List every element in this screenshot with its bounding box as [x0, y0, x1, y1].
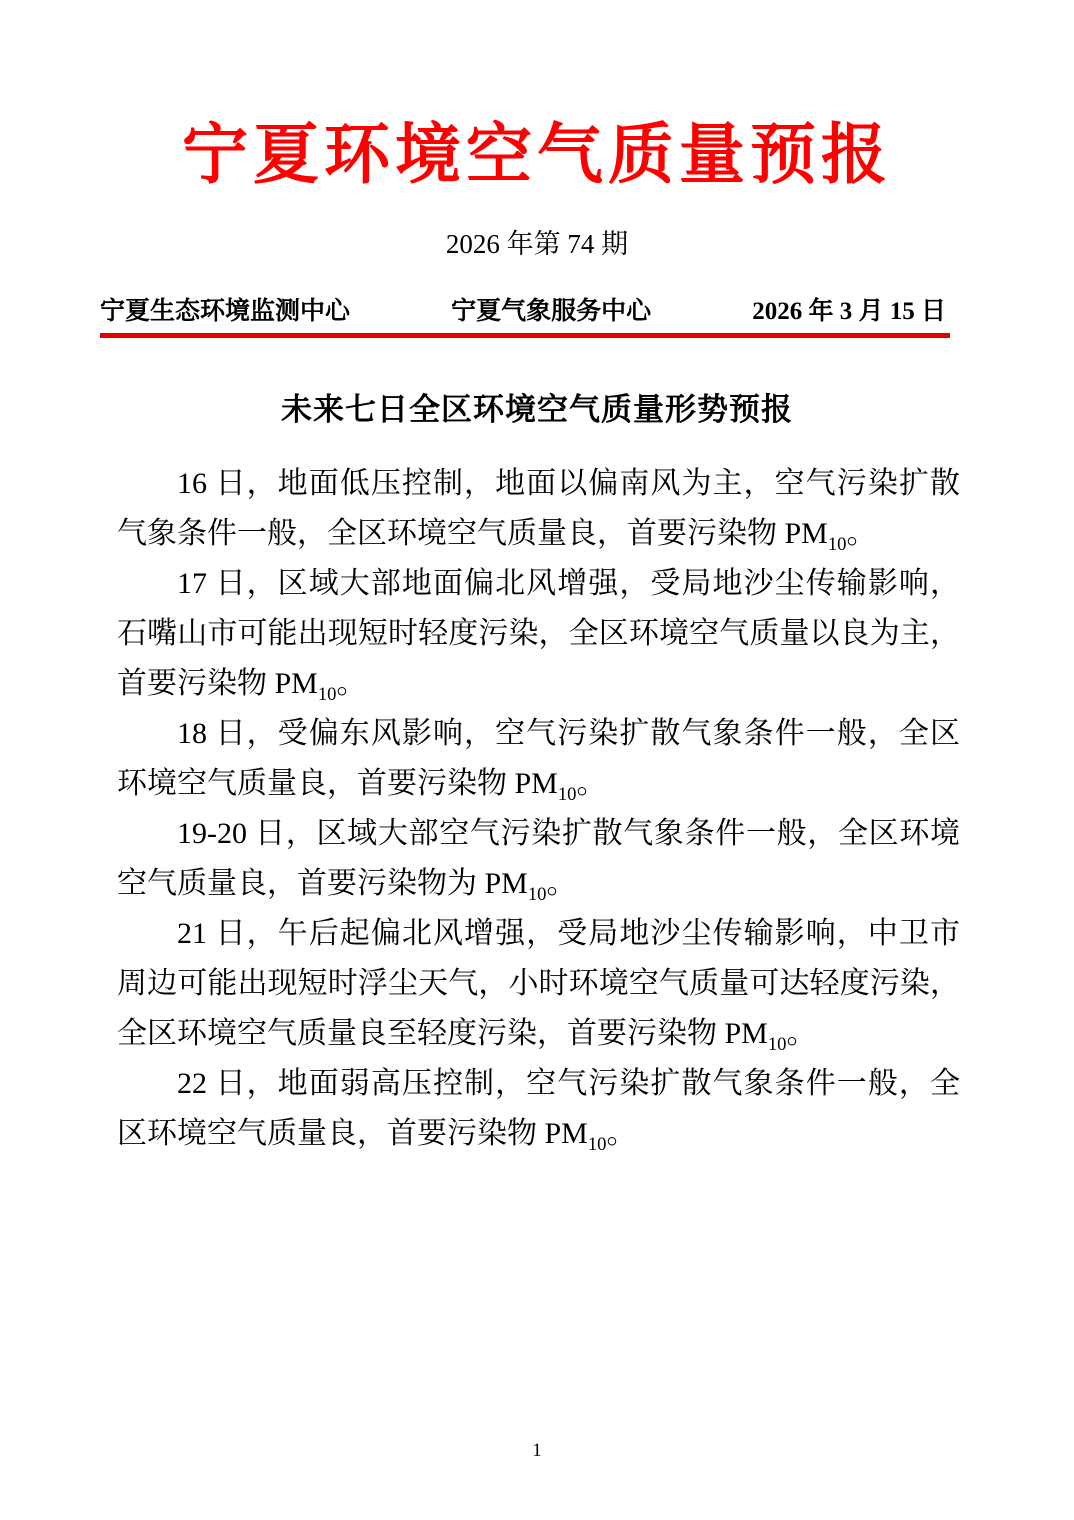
- forecast-paragraph: 19-20 日，区域大部空气污染扩散气象条件一般，全区环境空气质量良，首要污染物…: [117, 809, 960, 909]
- forecast-paragraph: 21 日，午后起偏北风增强，受局地沙尘传输影响，中卫市周边可能出现短时浮尘天气，…: [117, 909, 960, 1059]
- org-monitoring-center: 宁夏生态环境监测中心: [100, 291, 350, 327]
- forecast-paragraph: 22 日，地面弱高压控制，空气污染扩散气象条件一般，全区环境空气质量良，首要污染…: [117, 1059, 960, 1159]
- section-title: 未来七日全区环境空气质量形势预报: [0, 384, 1074, 429]
- org-meteorological-center: 宁夏气象服务中心: [451, 291, 651, 327]
- document-title: 宁夏环境空气质量预报: [0, 118, 1074, 194]
- forecast-paragraph: 18 日，受偏东风影响，空气污染扩散气象条件一般，全区环境空气质量良，首要污染物…: [117, 709, 960, 809]
- issue-date: 2026 年 3 月 15 日: [752, 291, 946, 327]
- forecast-body: 16 日，地面低压控制，地面以偏南风为主，空气污染扩散气象条件一般，全区环境空气…: [117, 459, 960, 1159]
- forecast-paragraph: 17 日，区域大部地面偏北风增强，受局地沙尘传输影响，石嘴山市可能出现短时轻度污…: [117, 559, 960, 709]
- red-divider-rule: [100, 333, 950, 338]
- header-row: 宁夏生态环境监测中心 宁夏气象服务中心 2026 年 3 月 15 日: [100, 291, 946, 327]
- forecast-paragraph: 16 日，地面低压控制，地面以偏南风为主，空气污染扩散气象条件一般，全区环境空气…: [117, 459, 960, 559]
- page-number: 1: [0, 1440, 1074, 1462]
- document-page: 宁夏环境空气质量预报 2026 年第 74 期 宁夏生态环境监测中心 宁夏气象服…: [0, 0, 1074, 1520]
- issue-number: 2026 年第 74 期: [0, 222, 1074, 261]
